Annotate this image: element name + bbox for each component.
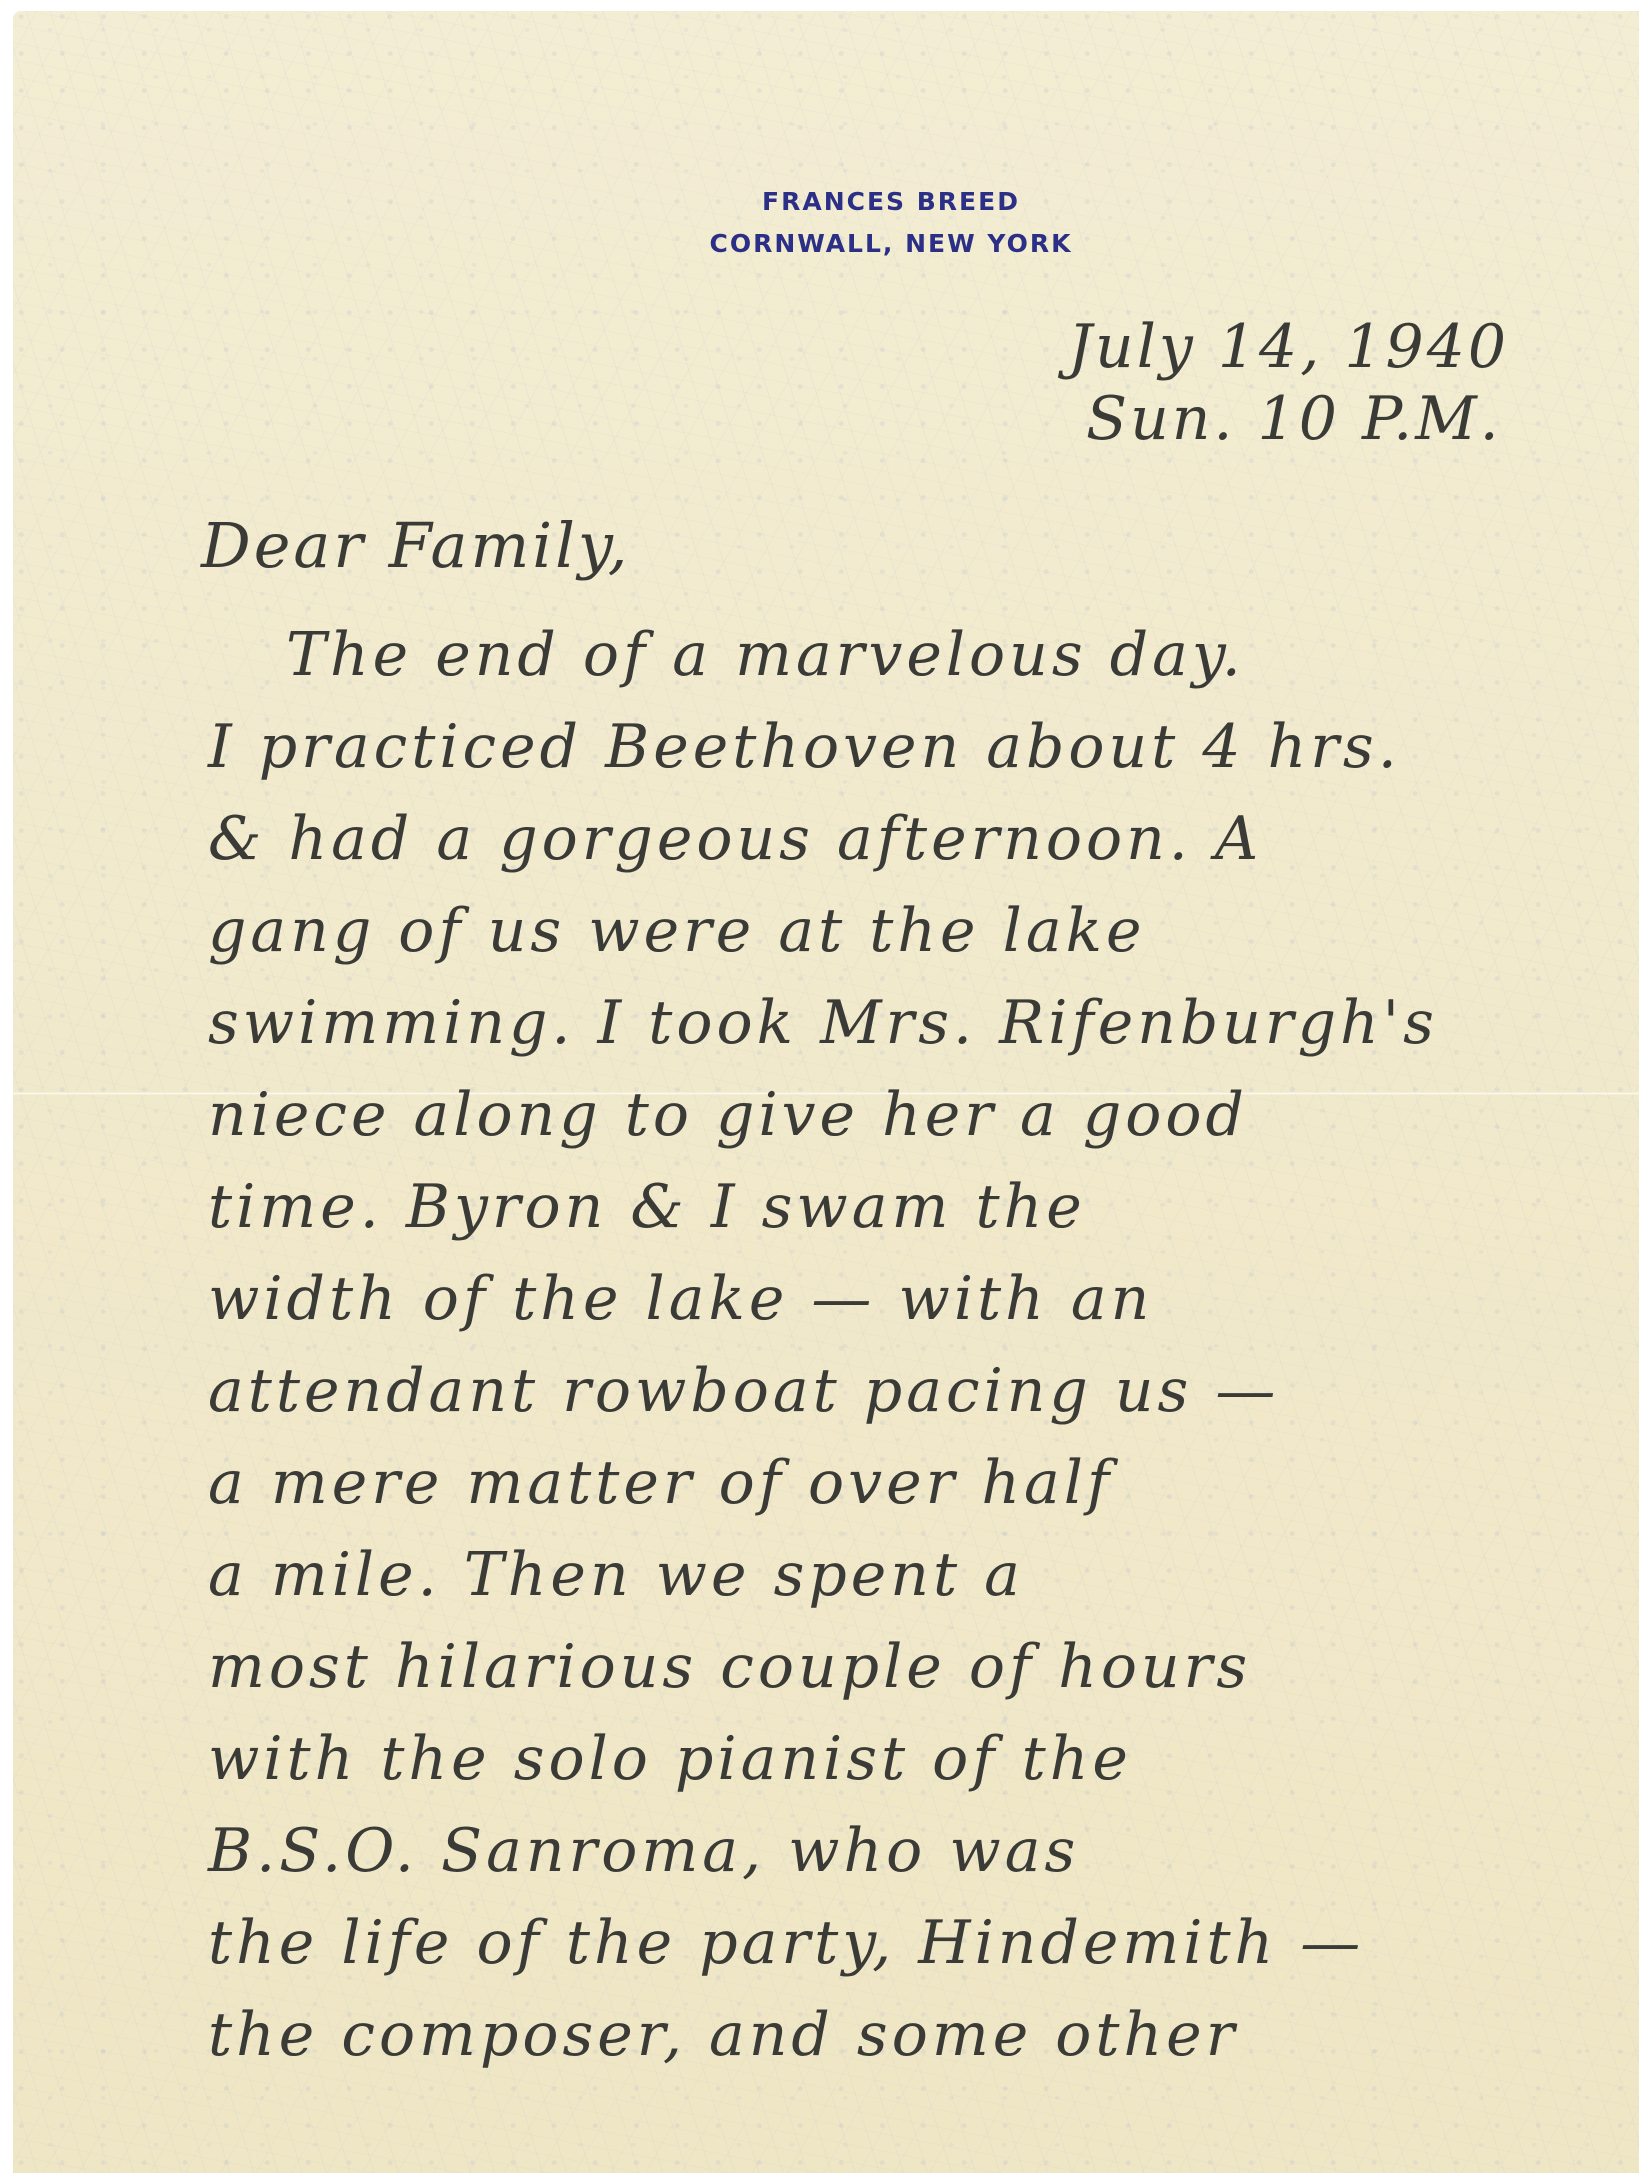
body-line: a mile. Then we spent a (208, 1529, 1438, 1621)
body-line: B.S.O. Sanroma, who was (208, 1805, 1438, 1897)
body-line: swimming. I took Mrs. Rifenburgh's (208, 977, 1438, 1069)
body-line: time. Byron & I swam the (208, 1161, 1438, 1253)
salutation: Dear Family, (201, 511, 630, 581)
letterhead: FRANCES BREED CORNWALL, NEW YORK (13, 187, 1639, 259)
letterhead-name: FRANCES BREED (143, 187, 1639, 217)
letter-date: July 14, 1940 Sun. 10 P.M. (1068, 311, 1509, 455)
letterhead-place: CORNWALL, NEW YORK (143, 229, 1639, 259)
body-line: the life of the party, Hindemith — (208, 1897, 1438, 1989)
letter-paper: FRANCES BREED CORNWALL, NEW YORK July 14… (13, 11, 1639, 2173)
date-line-1: July 14, 1940 (1068, 312, 1509, 382)
body-line: gang of us were at the lake (208, 885, 1438, 977)
body-line: a mere matter of over half (208, 1437, 1438, 1529)
body-line: The end of a marvelous day. (208, 609, 1438, 701)
letter-body: The end of a marvelous day. I practiced … (208, 609, 1438, 2081)
body-line: attendant rowboat pacing us — (208, 1345, 1438, 1437)
body-line: the composer, and some other (208, 1989, 1438, 2081)
body-line: I practiced Beethoven about 4 hrs. (208, 701, 1438, 793)
body-line: with the solo pianist of the (208, 1713, 1438, 1805)
body-line: & had a gorgeous afternoon. A (208, 793, 1438, 885)
body-line: most hilarious couple of hours (208, 1621, 1438, 1713)
body-line: width of the lake — with an (208, 1253, 1438, 1345)
body-line: niece along to give her a good (208, 1069, 1438, 1161)
date-line-2: Sun. 10 P.M. (1086, 383, 1509, 455)
